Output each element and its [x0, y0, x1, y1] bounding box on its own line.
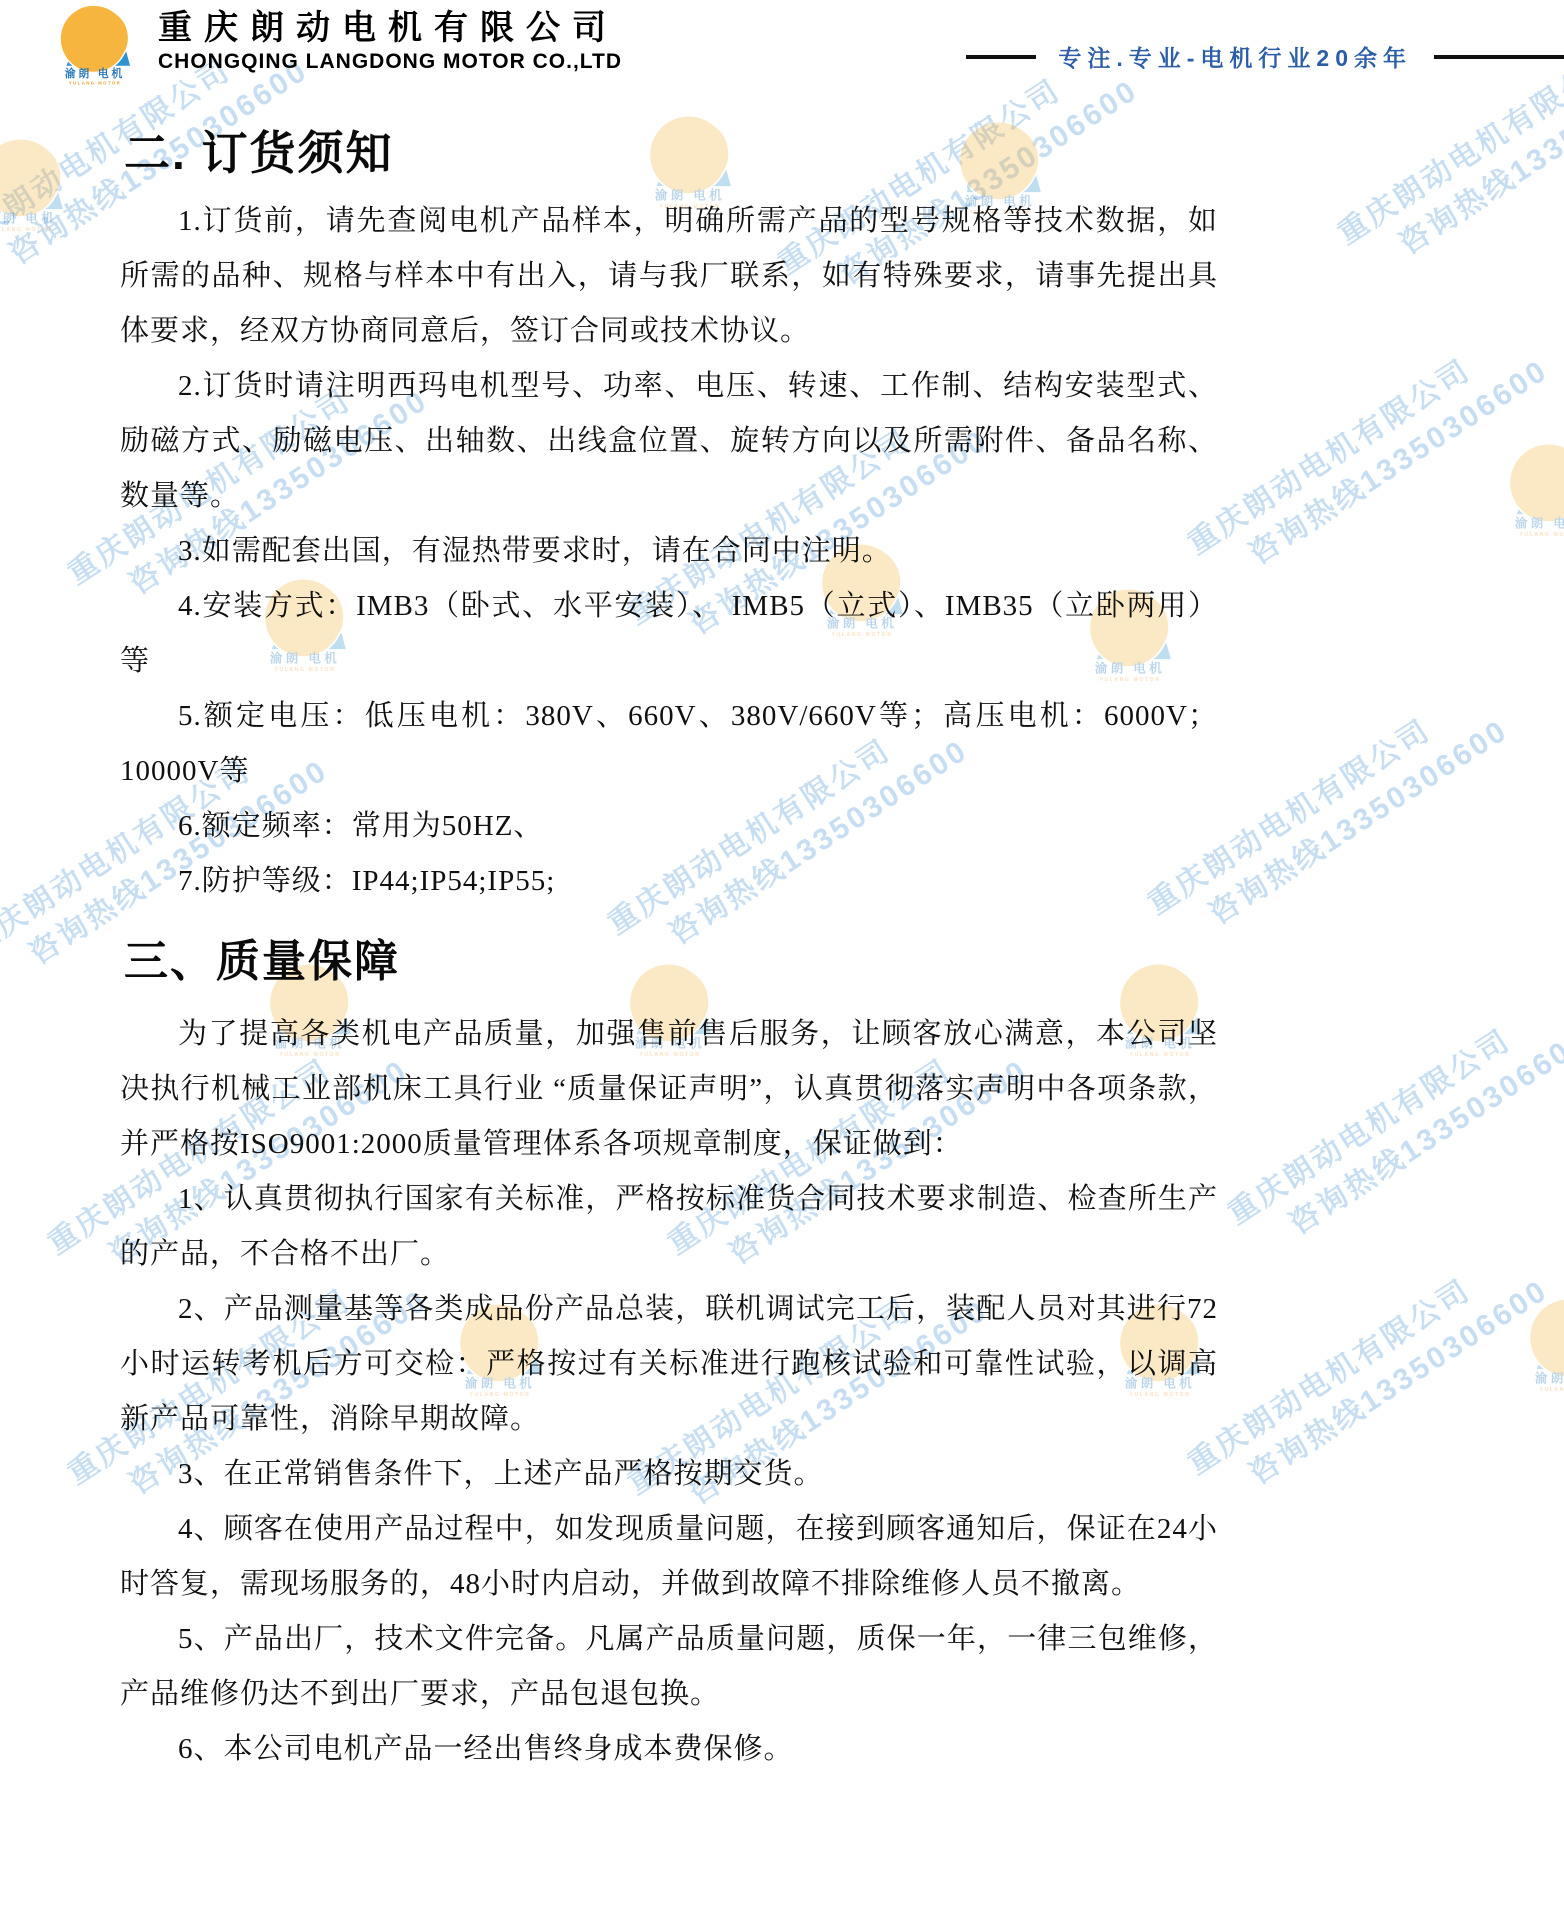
section-heading-quality-assurance: 三、质量保障: [124, 935, 1218, 989]
company-name-cn: 重庆朗动电机有限公司: [158, 8, 622, 48]
tagline-text: 专注.专业-电机行业20余年: [1058, 40, 1412, 73]
quality-intro: 为了提高各类机电产品质量，加强售前售后服务，让顾客放心满意，本公司坚决执行机械工…: [120, 1007, 1218, 1172]
tagline-rule-left: [966, 55, 1036, 59]
quality-item-3: 3、在正常销售条件下，上述产品严格按期交货。: [120, 1447, 1218, 1502]
watermark-text: 重庆朗动电机有限公司咨询热线13350306600: [1220, 985, 1564, 1270]
quality-item-2: 2、产品测量基等各类成品份产品总装，联机调试完工后，装配人员对其进行72小时运转…: [120, 1282, 1218, 1447]
ordering-notice-item-7: 7.防护等级：IP44;IP54;IP55;: [120, 854, 1218, 909]
company-logo-icon: [52, 2, 138, 88]
ordering-notice-item-3: 3.如需配套出国，有湿热带要求时，请在合同中注明。: [120, 524, 1218, 579]
quality-item-6: 6、本公司电机产品一经出售终身成本费保修。: [120, 1722, 1218, 1777]
document-page: 渝朗 电机 YULANG MOTOR 重庆朗动电机有限公司咨询热线1335030…: [0, 0, 1564, 1920]
quality-item-1: 1、认真贯彻执行国家有关标准，严格按标准货合同技术要求制造、检查所生产的产品，不…: [120, 1172, 1218, 1282]
tagline-rule-right: [1434, 55, 1564, 59]
ordering-notice-item-4: 4.安装方式：IMB3（卧式、水平安装）、 IMB5（立式）、IMB35（立卧两…: [120, 579, 1218, 689]
ordering-notice-item-1: 1.订货前，请先查阅电机产品样本，明确所需产品的型号规格等技术数据，如所需的品种…: [120, 194, 1218, 359]
ordering-notice-item-5: 5.额定电压：低压电机：380V、660V、380V/660V等；高压电机：60…: [120, 689, 1218, 799]
company-logo: [36, 2, 154, 88]
watermark-text: 重庆朗动电机有限公司咨询热线13350306600: [1180, 1235, 1557, 1520]
watermark-logo-icon: [0, 135, 72, 235]
watermark-logo-icon: [1520, 1295, 1564, 1395]
ordering-notice-item-2: 2.订货时请注明西玛电机型号、功率、电压、转速、工作制、结构安装型式、励磁方式、…: [120, 359, 1218, 524]
document-body: 二. 订货须知 1.订货前，请先查阅电机产品样本，明确所需产品的型号规格等技术数…: [120, 126, 1218, 1777]
quality-item-5: 5、产品出厂，技术文件完备。凡属产品质量问题，质保一年，一律三包维修，产品维修仍…: [120, 1612, 1218, 1722]
watermark-text: 重庆朗动电机有限公司咨询热线13350306600: [1180, 315, 1557, 600]
company-name-block: 重庆朗动电机有限公司 CHONGQING LANGDONG MOTOR CO.,…: [158, 8, 622, 76]
page-header: 重庆朗动电机有限公司 CHONGQING LANGDONG MOTOR CO.,…: [0, 0, 1564, 120]
watermark-logo-icon: [1500, 440, 1564, 540]
quality-item-4: 4、顾客在使用产品过程中，如发现质量问题，在接到顾客通知后，保证在24小时答复，…: [120, 1502, 1218, 1612]
ordering-notice-item-6: 6.额定频率：常用为50HZ、: [120, 799, 1218, 854]
section-heading-ordering-notice: 二. 订货须知: [124, 126, 1218, 180]
company-name-en: CHONGQING LANGDONG MOTOR CO.,LTD: [158, 48, 622, 76]
header-tagline: 专注.专业-电机行业20余年: [966, 40, 1564, 73]
